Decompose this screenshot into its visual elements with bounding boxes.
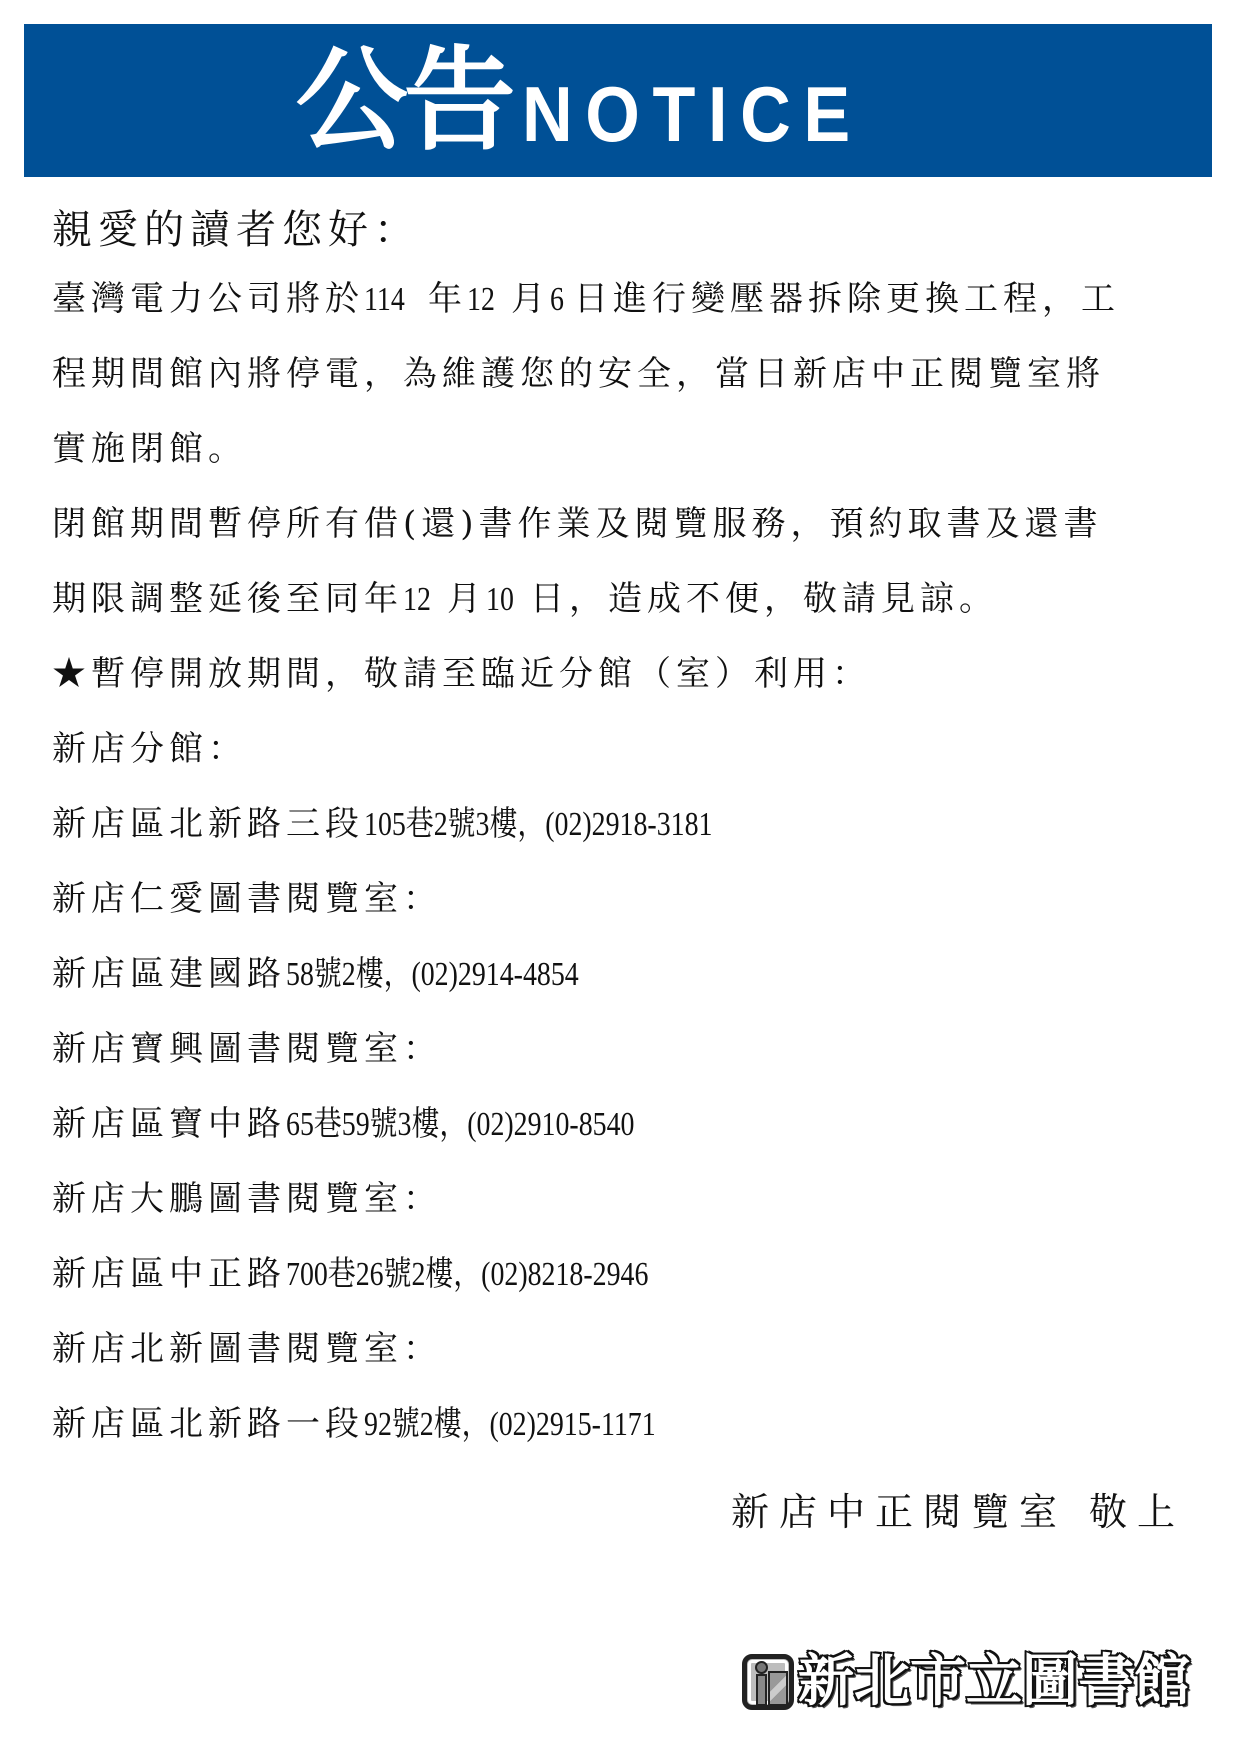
branch-item: 新店寶興圖書閱覽室： 新店區寶中路65巷59號3樓，(02)2910-8540 [52,1032,1172,1182]
text-segment: 月 [447,579,486,619]
library-logo-text: 新北市立圖書館 [798,1654,1190,1710]
year-number: 114 [364,283,416,317]
signature: 新店中正閱覽室敬上 [731,1493,1185,1531]
branch-address: 新店區北新路一段92號2樓，(02)2915-1171 [52,1407,1172,1482]
branch-name: 新店分館： [52,732,1172,807]
banner-title-en: NOTICE [522,75,863,153]
library-logo: 新北市立圖書館 [742,1650,1190,1714]
branch-address: 新店區北新路三段105巷2號3樓，(02)2918-3181 [52,807,1172,882]
paragraph-line: 臺灣電力公司將於114年12月6日進行變壓器拆除更換工程，工 [52,282,1172,357]
paragraph-line: 閉館期間暫停所有借(還)書作業及閱覽服務，預約取書及還書 [52,507,1172,582]
address-number-phone: 92號2樓，(02)2915-1171 [364,1408,656,1442]
address-number-phone: 105巷2號3樓，(02)2918-3181 [364,808,712,842]
branch-item: 新店大鵬圖書閱覽室： 新店區中正路700巷26號2樓，(02)8218-2946 [52,1182,1172,1332]
greeting: 親愛的讀者您好： [52,210,1172,260]
address-text: 新店區寶中路 [52,1104,286,1144]
text-segment: 臺灣電力公司將於 [52,279,364,319]
branch-name: 新店北新圖書閱覽室： [52,1332,1172,1407]
alternatives-intro-text: 暫停開放期間，敬請至臨近分館（室）利用： [91,654,871,694]
branch-item: 新店仁愛圖書閱覽室： 新店區建國路58號2樓，(02)2914-4854 [52,882,1172,1032]
month-number: 12 [467,283,503,317]
month-number: 12 [403,583,439,617]
text-segment: 日，造成不便，敬請見諒。 [530,579,998,619]
branch-item: 新店分館： 新店區北新路三段105巷2號3樓，(02)2918-3181 [52,732,1172,882]
address-text: 新店區建國路 [52,954,286,994]
paragraph-service-suspension: 閉館期間暫停所有借(還)書作業及閱覽服務，預約取書及還書 期限調整延後至同年12… [52,507,1172,657]
paragraph-closure-announcement: 臺灣電力公司將於114年12月6日進行變壓器拆除更換工程，工 程期間館內將停電，… [52,282,1172,507]
address-number-phone: 58號2樓，(02)2914-4854 [286,958,579,992]
branch-item: 新店北新圖書閱覽室： 新店區北新路一段92號2樓，(02)2915-1171 [52,1332,1172,1482]
address-text: 新店區北新路一段 [52,1404,364,1444]
branch-address: 新店區寶中路65巷59號3樓，(02)2910-8540 [52,1107,1172,1182]
alternative-branches: ★暫停開放期間，敬請至臨近分館（室）利用： 新店分館： 新店區北新路三段105巷… [52,657,1172,1482]
text-segment: 期限調整延後至同年 [52,579,403,619]
signature-closing: 敬上 [1089,1490,1185,1534]
paragraph-line: 程期間館內將停電，為維護您的安全，當日新店中正閱覽室將 [52,357,1172,432]
banner-title-zh: 公告 [296,45,512,157]
branch-name: 新店仁愛圖書閱覽室： [52,882,1172,957]
branch-name: 新店寶興圖書閱覽室： [52,1032,1172,1107]
text-segment: 日進行變壓器拆除更換工程，工 [574,279,1120,319]
library-logo-icon [742,1654,794,1710]
branch-address: 新店區建國路58號2樓，(02)2914-4854 [52,957,1172,1032]
notice-banner: 公告 NOTICE [24,24,1212,177]
day-number: 6 [550,283,570,317]
signature-sender: 新店中正閱覽室 [731,1490,1067,1534]
address-text: 新店區中正路 [52,1254,286,1294]
day-number: 10 [486,583,522,617]
address-number-phone: 65巷59號3樓，(02)2910-8540 [286,1108,634,1142]
paragraph-line: 期限調整延後至同年12月10日，造成不便，敬請見諒。 [52,582,1172,657]
text-segment: 年 [428,279,467,319]
notice-body: 親愛的讀者您好： 臺灣電力公司將於114年12月6日進行變壓器拆除更換工程，工 … [52,210,1172,1482]
address-text: 新店區北新路三段 [52,804,364,844]
alternatives-intro: ★暫停開放期間，敬請至臨近分館（室）利用： [52,657,1172,732]
paragraph-line: 實施閉館。 [52,432,1172,507]
branch-address: 新店區中正路700巷26號2樓，(02)8218-2946 [52,1257,1172,1332]
branch-name: 新店大鵬圖書閱覽室： [52,1182,1172,1257]
star-icon: ★ [52,654,91,694]
address-number-phone: 700巷26號2樓，(02)8218-2946 [286,1258,648,1292]
text-segment: 月 [511,279,550,319]
banner-title: 公告 NOTICE [296,45,901,157]
